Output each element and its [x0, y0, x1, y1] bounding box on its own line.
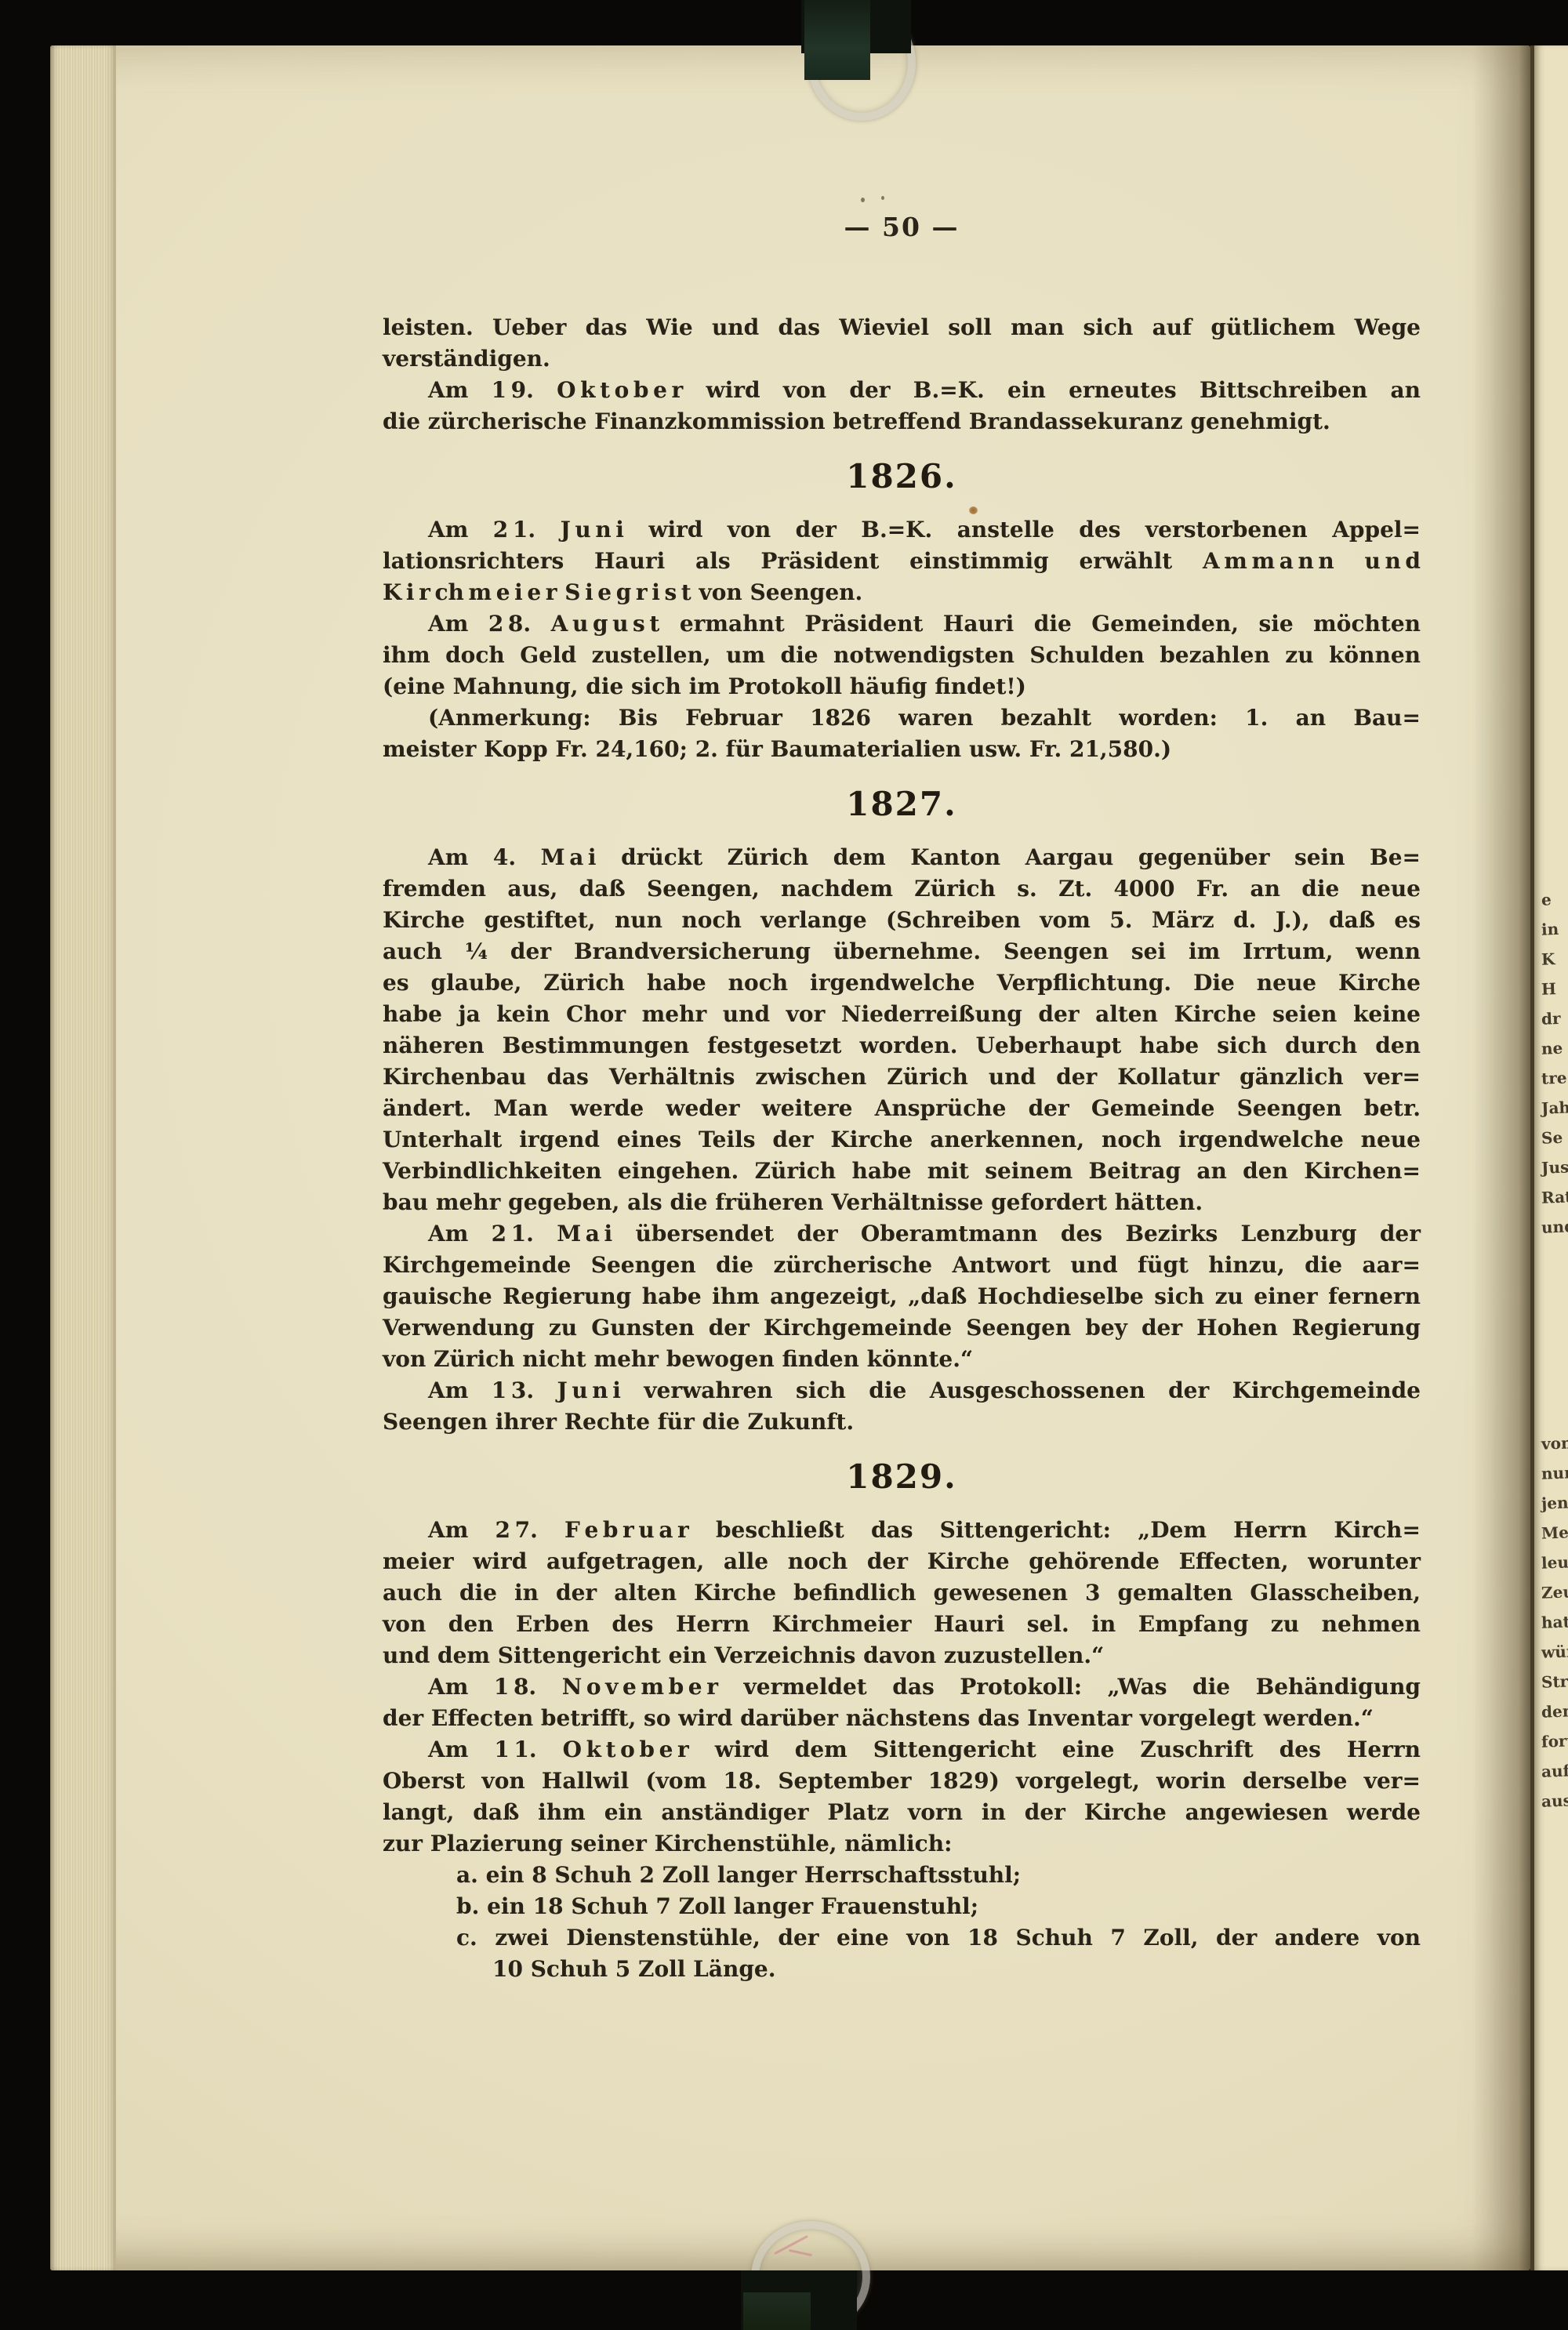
facing-page-text-fragment: würdig: [1541, 1636, 1568, 1667]
facing-page-text-fragment: Jah: [1541, 1092, 1568, 1123]
paragraph: Am 1 3. J u n i verwahren sich die Ausge…: [383, 1375, 1421, 1438]
text-line: näheren Bestimmungen festgesetzt worden.…: [383, 1030, 1421, 1062]
facing-page-text-fragment: Se: [1541, 1122, 1568, 1152]
text-line: Am 2 7. F e b r u a r beschließt das Sit…: [383, 1515, 1421, 1546]
text-line: Am 1 3. J u n i verwahren sich die Ausge…: [383, 1375, 1421, 1406]
year-heading: 1827.: [383, 786, 1421, 823]
text-line: und dem Sittengericht ein Verzeichnis da…: [383, 1640, 1421, 1671]
paragraph: Am 1 9. O k t o b e r wird von der B.=K.…: [383, 375, 1421, 437]
paragraph: (Anmerkung: Bis Februar 1826 waren bezah…: [383, 702, 1421, 765]
page-number: — 50 —: [383, 212, 1421, 242]
facing-page-text-fragment: jener: [1541, 1487, 1568, 1518]
page-edge-stack: [50, 45, 116, 2270]
text-line: die zürcherische Finanzkommission betref…: [383, 406, 1421, 437]
text-line: Kirchenbau das Verhältnis zwischen Züric…: [383, 1062, 1421, 1093]
facing-page-text-fragment: und: [1541, 1211, 1568, 1242]
text-line: Am 1 8. N o v e m b e r vermeldet das Pr…: [383, 1671, 1421, 1703]
year-heading: 1826.: [383, 458, 1421, 495]
paragraph: Am 2 1. M a i übersendet der Oberamtmann…: [383, 1218, 1421, 1375]
facing-page-text-fragment: e: [1541, 884, 1568, 914]
text-line: Am 2 8. A u g u s t ermahnt Präsident Ha…: [383, 608, 1421, 640]
paragraph: Am 2 8. A u g u s t ermahnt Präsident Ha…: [383, 608, 1421, 702]
text-line: Oberst von Hallwil (vom 18. September 18…: [383, 1766, 1421, 1797]
text-line: (eine Mahnung, die sich im Protokoll häu…: [383, 671, 1421, 702]
facing-page-text-fragment: Ström: [1541, 1666, 1568, 1697]
facing-page-text-fragment: nun: [1541, 1457, 1568, 1488]
text-line: Kirchgemeinde Seengen die zürcherische A…: [383, 1250, 1421, 1281]
facing-fragments-lower: vonnunjenerMeteleuchtZeugrhattewürdigStr…: [1541, 1428, 1568, 1816]
paragraph: Am 4. M a i drückt Zürich dem Kanton Aar…: [383, 842, 1421, 1218]
facing-page-text-fragment: tre: [1541, 1062, 1568, 1093]
facing-page-text-fragment: leucht: [1541, 1547, 1568, 1577]
text-line: Kirche gestiftet, nun noch verlange (Sch…: [383, 905, 1421, 936]
facing-page-text-fragment: K: [1541, 943, 1568, 974]
facing-page-text-fragment: Jus: [1541, 1152, 1568, 1182]
text-line: von Zürich nicht mehr bewogen finden kön…: [383, 1344, 1421, 1375]
facing-page-text-fragment: dr: [1541, 1003, 1568, 1033]
facing-page-text-fragment: Zeugr: [1541, 1577, 1568, 1607]
text-line: 10 Schuh 5 Zoll Länge.: [383, 1954, 1421, 1985]
bottom-clamp-strap-inner: [743, 2292, 811, 2330]
facing-page-text-fragment: H: [1541, 973, 1568, 1003]
facing-page-text-fragment: dem m: [1541, 1696, 1568, 1726]
year-heading: 1829.: [383, 1458, 1421, 1496]
text-line: leisten. Ueber das Wie und das Wieviel s…: [383, 312, 1421, 343]
facing-page-text-fragment: Mete: [1541, 1517, 1568, 1548]
text-line: K i r ch m e i e r S i e g r i s t von S…: [383, 577, 1421, 608]
text-line: von den Erben des Herrn Kirchmeier Hauri…: [383, 1609, 1421, 1640]
facing-page-text-fragment: von: [1541, 1428, 1568, 1458]
text-line: b. ein 18 Schuh 7 Zoll langer Frauenstuh…: [383, 1891, 1421, 1922]
ink-specks: [861, 198, 892, 207]
text-line: meier wird aufgetragen, alle noch der Ki…: [383, 1546, 1421, 1577]
text-line: Unterhalt irgend eines Teils der Kirche …: [383, 1124, 1421, 1156]
text-line: Verwendung zu Gunsten der Kirchgemeinde …: [383, 1312, 1421, 1344]
paragraph: Am 1 8. N o v e m b e r vermeldet das Pr…: [383, 1671, 1421, 1734]
facing-page-text-fragment: hatte: [1541, 1606, 1568, 1637]
text-line: langt, daß ihm ein anständiger Platz vor…: [383, 1797, 1421, 1828]
text-line: der Effecten betrifft, so wird darüber n…: [383, 1703, 1421, 1734]
text-line: verständigen.: [383, 343, 1421, 375]
facing-page-text-fragment: in: [1541, 913, 1568, 944]
text-line: auch die in der alten Kirche befindlich …: [383, 1577, 1421, 1609]
text-line: lationsrichters Hauri als Präsident eins…: [383, 546, 1421, 577]
text-line: meister Kopp Fr. 24,160; 2. für Baumater…: [383, 734, 1421, 765]
top-clamp-strap-inner: [804, 0, 870, 80]
facing-page-text-fragment: Rat: [1541, 1181, 1568, 1212]
text-line: auch ¼ der Brandversicherung übernehme. …: [383, 936, 1421, 967]
paragraph: leisten. Ueber das Wie und das Wieviel s…: [383, 312, 1421, 375]
ink-stain: [969, 506, 978, 514]
book-page: — 50 — leisten. Ueber das Wie und das Wi…: [50, 45, 1530, 2270]
text-line: Seengen ihrer Rechte für die Zukunft.: [383, 1406, 1421, 1438]
text-line: c. zwei Dienstenstühle, der eine von 18 …: [383, 1922, 1421, 1954]
text-line: (Anmerkung: Bis Februar 1826 waren bezah…: [383, 702, 1421, 734]
text-line: a. ein 8 Schuh 2 Zoll langer Herrschafts…: [383, 1860, 1421, 1891]
text-line: gauische Regierung habe ihm angezeigt, „…: [383, 1281, 1421, 1312]
facing-page-text-fragment: fort in: [1541, 1726, 1568, 1756]
facing-page-text-fragment: ne: [1541, 1033, 1568, 1063]
text-line: Am 2 1. J u n i wird von der B.=K. anste…: [383, 514, 1421, 546]
text-line: ihm doch Geld zustellen, um die notwendi…: [383, 640, 1421, 671]
text-line: ändert. Man werde weder weitere Ansprüch…: [383, 1093, 1421, 1124]
paragraph: Am 1 1. O k t o b e r wird dem Sittenger…: [383, 1734, 1421, 1860]
text-line: fremden aus, daß Seengen, nachdem Zürich…: [383, 873, 1421, 905]
paragraph: Am 2 1. J u n i wird von der B.=K. anste…: [383, 514, 1421, 608]
list: a. ein 8 Schuh 2 Zoll langer Herrschafts…: [383, 1860, 1421, 1985]
text-line: Am 2 1. M a i übersendet der Oberamtmann…: [383, 1218, 1421, 1250]
text-line: Am 1 1. O k t o b e r wird dem Sittenger…: [383, 1734, 1421, 1766]
text-line: Am 4. M a i drückt Zürich dem Kanton Aar…: [383, 842, 1421, 873]
text-line: zur Plazierung seiner Kirchenstühle, näm…: [383, 1828, 1421, 1860]
text-line: es glaube, Zürich habe noch irgendwelche…: [383, 967, 1421, 999]
text-line: Am 1 9. O k t o b e r wird von der B.=K.…: [383, 375, 1421, 406]
facing-page-strip: einKHdrnetreJahSeJusRatund vonnunjenerMe…: [1530, 45, 1568, 2270]
facing-fragments-upper: einKHdrnetreJahSeJusRatund: [1541, 884, 1568, 1242]
text-line: Verbindlichkeiten eingehen. Zürich habe …: [383, 1156, 1421, 1187]
text-column: leisten. Ueber das Wie und das Wieviel s…: [383, 312, 1421, 1985]
paragraph: Am 2 7. F e b r u a r beschließt das Sit…: [383, 1515, 1421, 1671]
text-line: habe ja kein Chor mehr und vor Niederrei…: [383, 999, 1421, 1030]
scanned-book-photo: — 50 — leisten. Ueber das Wie und das Wi…: [0, 0, 1568, 2330]
facing-page-text-fragment: aufricht: [1541, 1755, 1568, 1786]
text-line: bau mehr gegeben, als die früheren Verhä…: [383, 1187, 1421, 1218]
facing-page-text-fragment: aus de: [1541, 1785, 1568, 1816]
